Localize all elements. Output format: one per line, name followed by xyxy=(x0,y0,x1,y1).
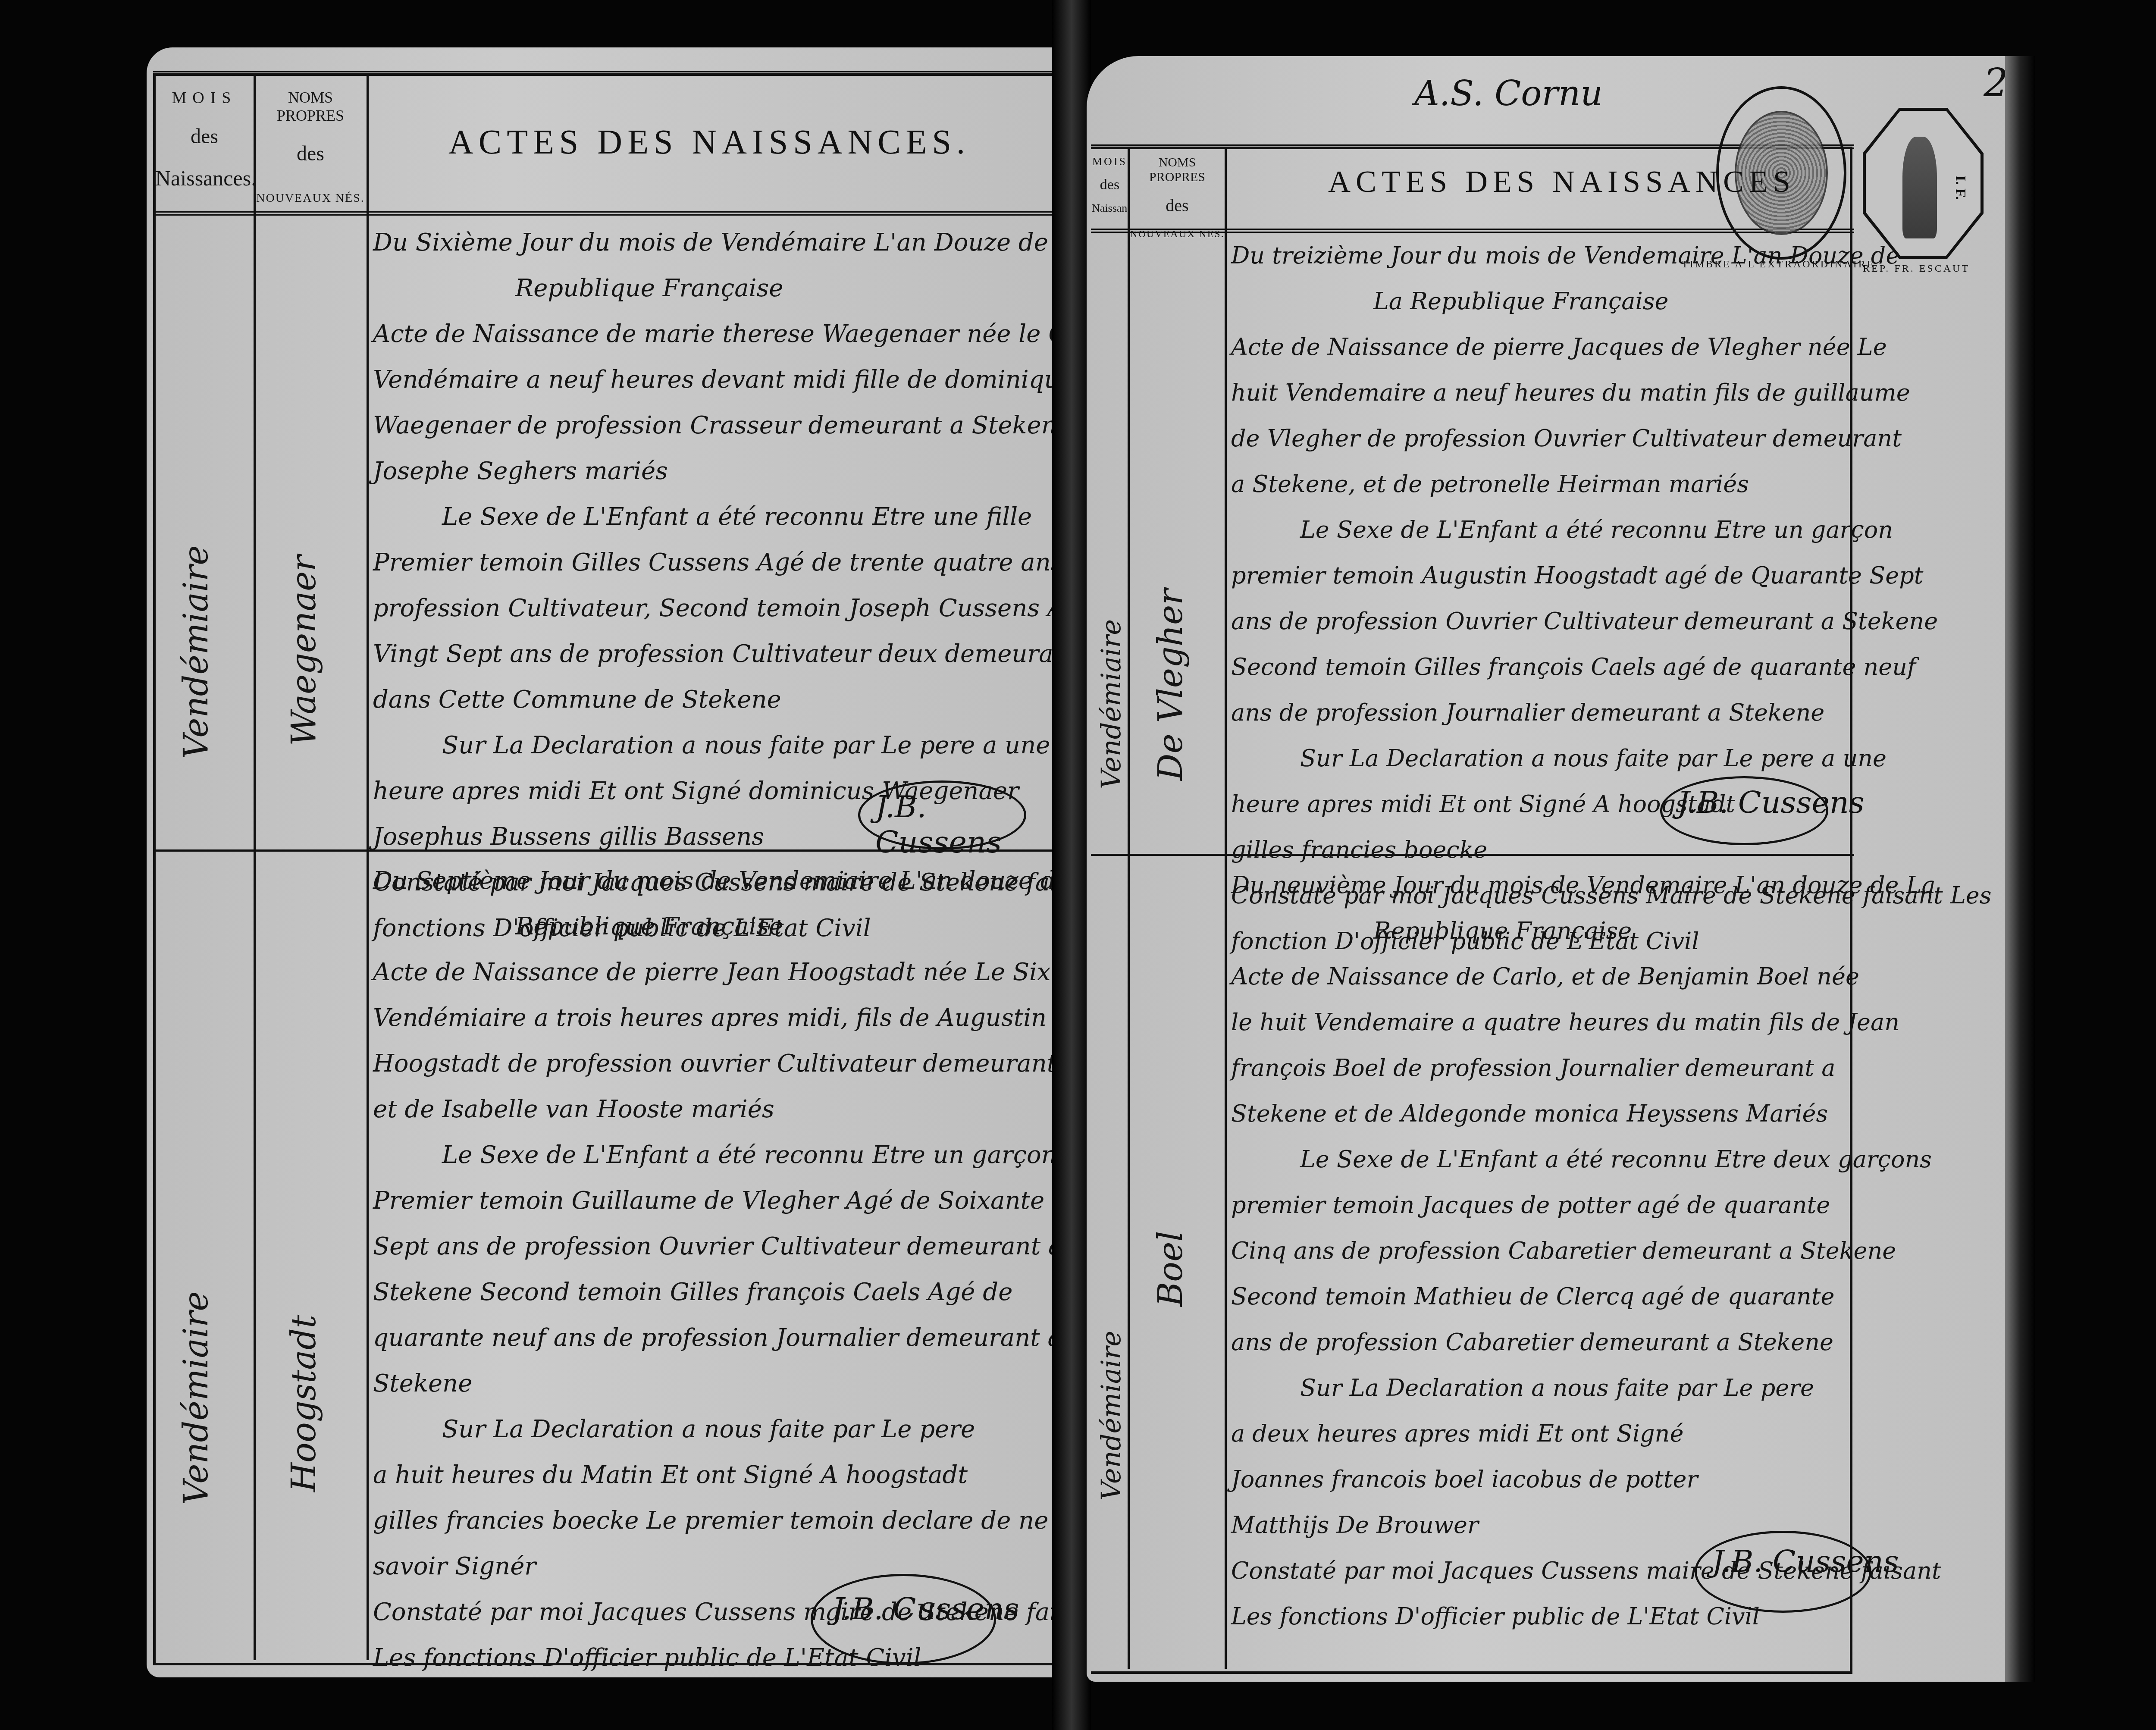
liberty-figure-icon xyxy=(1902,137,1937,238)
record-line: Le Sexe de L'Enfant a été reconnu Etre d… xyxy=(1231,1137,1941,1182)
record-line: Le Sexe de L'Enfant a été reconnu Etre u… xyxy=(1231,507,1991,553)
right-record1-signature: J.B. Cussens xyxy=(1677,785,1865,820)
record-line: ans de profession Journalier demeurant a… xyxy=(1231,690,1991,736)
left-record1-signature: J.B. Cussens xyxy=(875,789,1052,860)
page-number: 2 xyxy=(1984,60,2008,106)
header-month-naissances: Naissances. xyxy=(155,166,254,191)
left-header-top-rule xyxy=(153,71,1052,75)
header-names-nouveaux-nes: NOUVEAUX NÉS. xyxy=(1130,229,1225,240)
right-record1-month: Vendémiaire xyxy=(1095,619,1127,789)
record-line: Second temoin Mathieu de Clercq agé de q… xyxy=(1231,1274,1941,1319)
right-page-title: ACTES DES NAISSANCES xyxy=(1328,164,1796,200)
record-line: huit Vendemaire a neuf heures du matin f… xyxy=(1231,370,1991,416)
right-record2-text: Du neuvième Jour du mois de Vendemaire L… xyxy=(1231,862,1941,1639)
record-line: Acte de Naissance de pierre Jacques de V… xyxy=(1231,324,1991,370)
left-col2-divider xyxy=(367,73,369,1660)
record-line: premier temoin Augustin Hoogstadt agé de… xyxy=(1231,553,1991,599)
left-record2-signature: J.B. Cussens xyxy=(832,1591,1019,1627)
header-month-naissances: Naissances. xyxy=(1092,202,1128,215)
record-line: La Republique Française xyxy=(1231,279,1991,324)
left-record2-month: Vendémiaire xyxy=(177,1291,216,1505)
header-month-des: des xyxy=(155,125,254,148)
left-header-col-names: NOMS PROPRES des NOUVEAUX NÉS. xyxy=(254,88,367,205)
right-page: A.S. Cornu 2 TIMBRE A L'EXTRAORDINAIRE I… xyxy=(1087,56,2035,1682)
record-line: françois Boel de profession Journalier d… xyxy=(1231,1045,1941,1091)
left-header-col-month: MOIS des Naissances. xyxy=(155,88,254,191)
record-line: heure apres midi Et ont Signé A hoogstad… xyxy=(1231,781,1991,827)
record-line: Joannes francois boel iacobus de potter xyxy=(1231,1457,1941,1502)
record-line: Du treizième Jour du mois de Vendemaire … xyxy=(1231,233,1991,279)
right-record2-name: Boel xyxy=(1151,1231,1190,1307)
book-spine xyxy=(1052,0,1091,1730)
record-line: a Stekene, et de petronelle Heirman mari… xyxy=(1231,461,1991,507)
right-col1-divider xyxy=(1128,147,1130,1669)
record-line: a deux heures apres midi Et ont Signé xyxy=(1231,1411,1941,1457)
right-record2-month: Vendémiaire xyxy=(1095,1331,1127,1501)
record-line: Cinq ans de profession Cabaretier demeur… xyxy=(1231,1228,1941,1274)
header-names-des: des xyxy=(1130,195,1225,216)
record-line: Sur La Declaration a nous faite par Le p… xyxy=(1231,736,1991,781)
page-edge-shadow xyxy=(2005,56,2035,1682)
right-col2-divider xyxy=(1225,147,1227,1669)
record-line: le huit Vendemaire a quatre heures du ma… xyxy=(1231,1000,1941,1045)
record-line: Second temoin Gilles françois Caels agé … xyxy=(1231,644,1991,690)
octagon-stamp-letters: I. F. xyxy=(1952,176,1968,200)
record-line: Republique Française xyxy=(1231,908,1941,954)
right-header-col-month: MOIS des Naissances. xyxy=(1092,155,1128,215)
record-line: de Vlegher de profession Ouvrier Cultiva… xyxy=(1231,416,1991,461)
header-month-label: MOIS xyxy=(1092,155,1128,168)
right-header-col-names: NOMS PROPRES des NOUVEAUX NÉS. xyxy=(1130,155,1225,240)
record-line: premier temoin Jacques de potter agé de … xyxy=(1231,1182,1941,1228)
record-line: ans de profession Cabaretier demeurant a… xyxy=(1231,1319,1941,1365)
record-line: Stekene et de Aldegonde monica Heyssens … xyxy=(1231,1091,1941,1137)
left-record1-name: Waegenaer xyxy=(285,555,323,746)
record-line: Sur La Declaration a nous faite par Le p… xyxy=(1231,1365,1941,1411)
right-record2-signature: J.B. Cussens xyxy=(1712,1544,1899,1579)
left-header-bottom-rule xyxy=(153,211,1052,216)
header-names-label: NOMS PROPRES xyxy=(1130,155,1225,185)
left-page-title: ACTES DES NAISSANCES. xyxy=(448,123,970,162)
header-names-nouveaux-nes: NOUVEAUX NÉS. xyxy=(254,191,367,205)
record-line: ans de profession Ouvrier Cultivateur de… xyxy=(1231,599,1991,644)
left-page: MOIS des Naissances. NOMS PROPRES des NO… xyxy=(147,47,1052,1677)
header-month-label: MOIS xyxy=(155,88,254,107)
top-annotation-signature: A.S. Cornu xyxy=(1414,73,1603,113)
right-record1-text: Du treizième Jour du mois de Vendemaire … xyxy=(1231,233,1991,964)
left-col1-divider xyxy=(254,73,256,1660)
header-names-label: NOMS PROPRES xyxy=(254,88,367,125)
right-record1-name: De Vlegher xyxy=(1151,589,1190,780)
header-names-des: des xyxy=(254,142,367,166)
record-line: Acte de Naissance de Carlo, et de Benjam… xyxy=(1231,954,1941,1000)
left-record2-name: Hoogstadt xyxy=(285,1315,323,1492)
record-line: Du neuvième Jour du mois de Vendemaire L… xyxy=(1231,862,1941,908)
left-record1-month: Vendémiaire xyxy=(177,545,216,759)
header-month-des: des xyxy=(1092,177,1128,193)
